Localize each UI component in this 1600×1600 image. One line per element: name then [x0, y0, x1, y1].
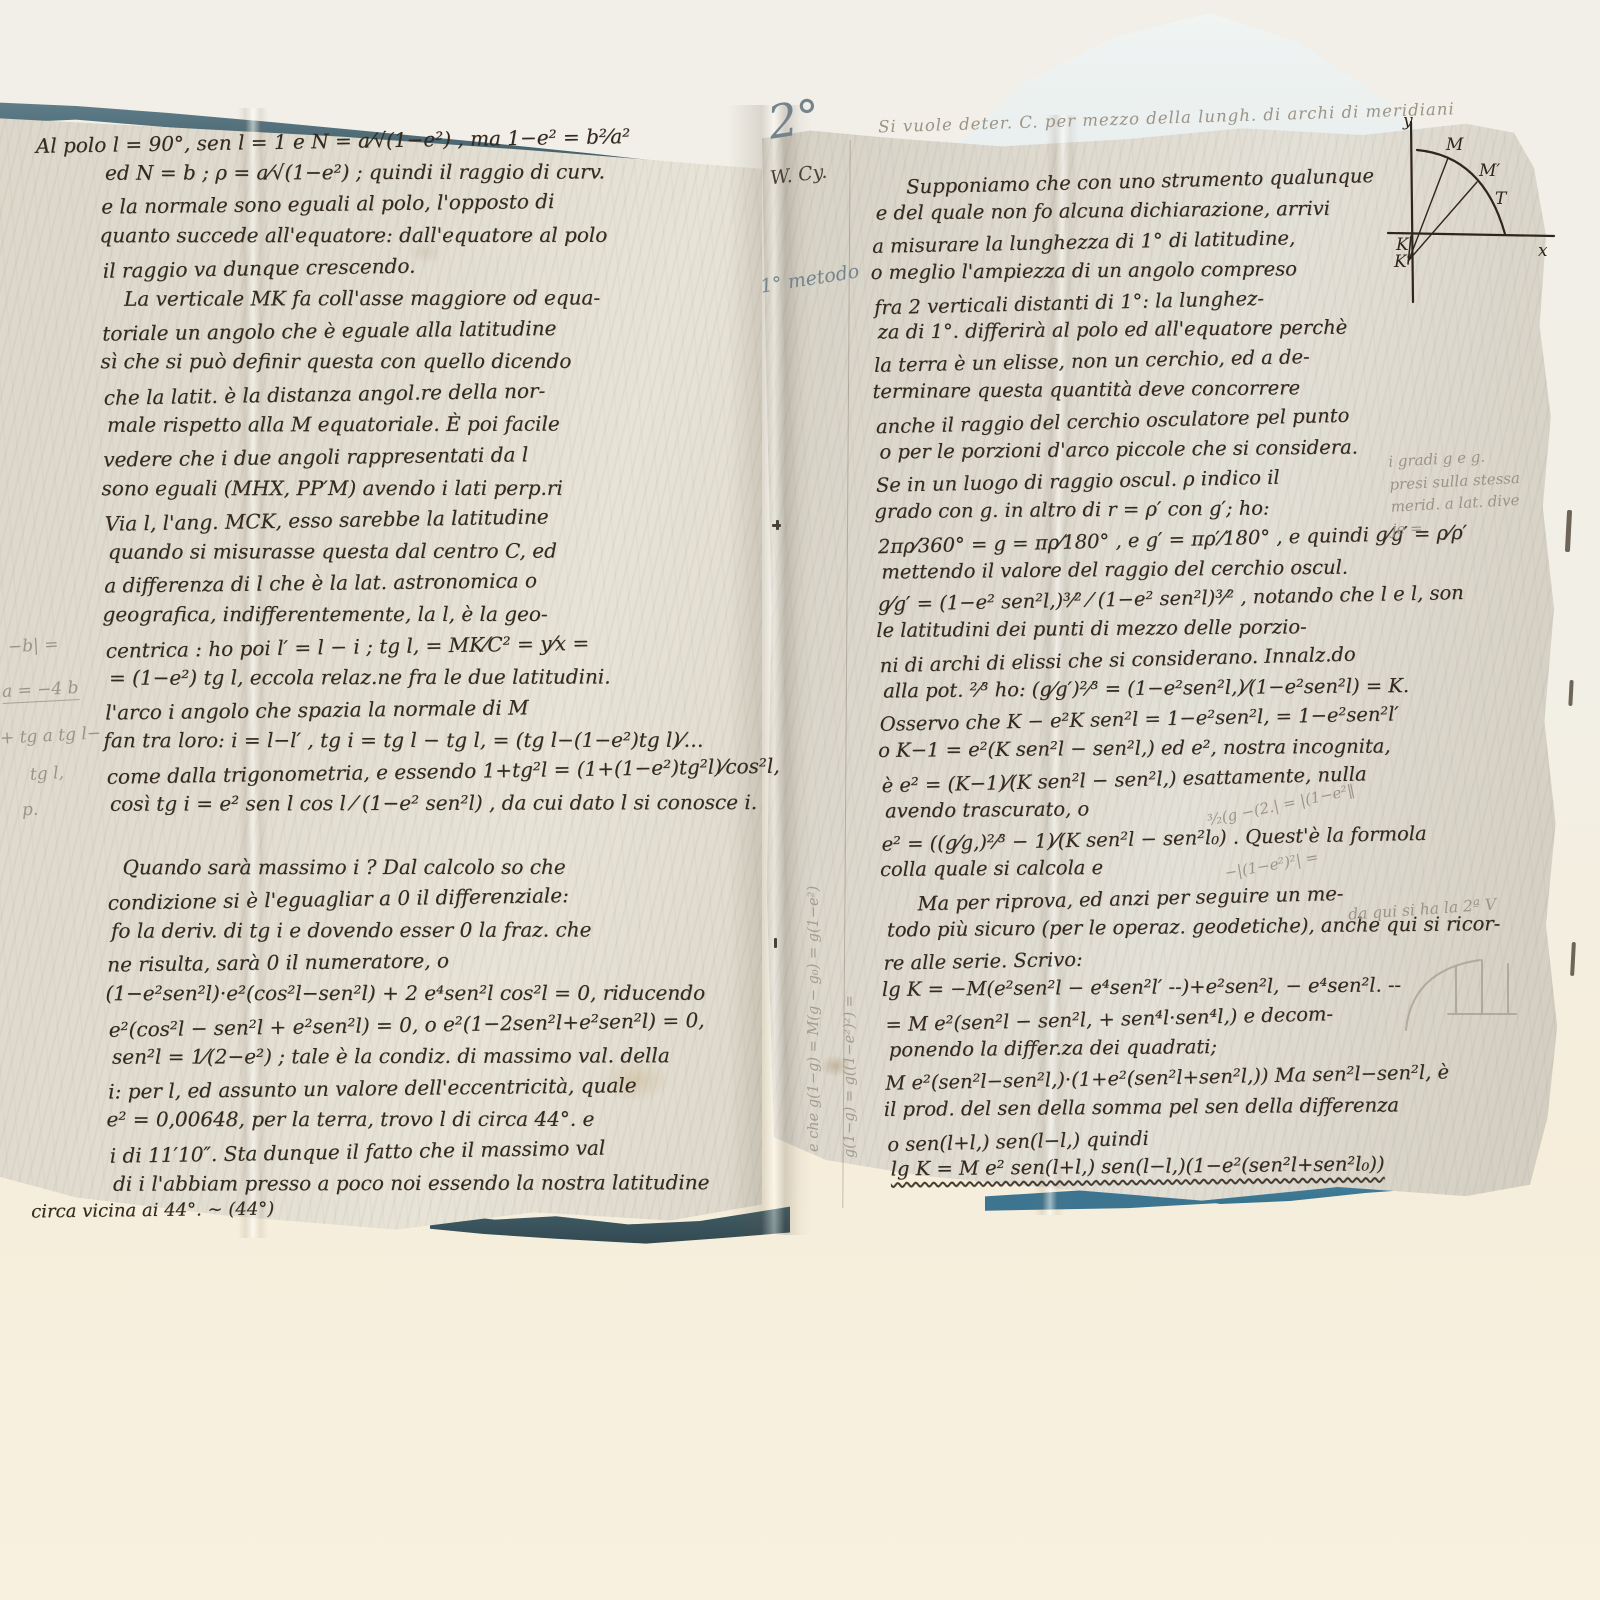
manuscript-line: = (1−e²) tg l, eccola relaz.ne fra le du… — [31, 664, 763, 698]
vertical-pencil-note: e che g(1−g) = M(g − g₀) = g(1−e²) — [806, 886, 822, 1152]
manuscript-line: ne risulta, sarà 0 il numeratore, o — [29, 945, 761, 986]
manuscript-photo: Al polo l = 90°, sen l = 1 e N = a⁄√(1−e… — [0, 0, 1600, 1600]
left-margin-pencil-note: a = −4 b — [2, 678, 79, 702]
manuscript-line — [28, 819, 760, 860]
diagram-label-M: M — [1445, 135, 1464, 155]
diagram-label-x: x — [1538, 241, 1548, 261]
manuscript-line: a differenza di l che è la lat. astronom… — [26, 566, 758, 607]
chord-to-M-prime — [1409, 182, 1477, 260]
right-margin-pencil-note: i gradi g e g. presi sulla stessa merid.… — [1388, 441, 1572, 540]
left-margin-pencil-note: −b| = — [8, 635, 59, 658]
diagram-label-M-prime: M′ — [1478, 161, 1500, 181]
manuscript-line: La verticale MK fa coll'asse maggiore od… — [28, 285, 760, 319]
diagram-label-K-prime: K′ — [1393, 252, 1411, 272]
underlined-pencil-text: a = −4 b — [2, 678, 80, 704]
torn-edge-mark — [1568, 680, 1573, 706]
chord-to-M — [1409, 158, 1448, 260]
diagram-label-T: T — [1495, 189, 1508, 209]
binding-stitch — [772, 524, 781, 527]
y-axis-line — [1411, 122, 1413, 302]
diagram-label-y: y — [1402, 111, 1413, 131]
vertical-pencil-note: g(1−g) = g((1−e²)²) = — [842, 995, 858, 1158]
torn-edge-mark — [1570, 942, 1576, 976]
pencil-sketch — [1398, 952, 1528, 1042]
geometry-diagram: y x M M′ T K K′ — [1378, 112, 1578, 322]
left-margin-pencil-note: p. — [21, 800, 38, 821]
sketch-arc — [1406, 960, 1480, 1030]
manuscript-line: l'arco i angolo che spazia la normale di… — [27, 692, 759, 733]
left-page-text: Al polo l = 90°, sen l = 1 e N = a⁄√(1−e… — [24, 125, 765, 1231]
manuscript-line: e la normale sono eguali al polo, l'oppo… — [23, 187, 755, 228]
manuscript-line: toriale un angolo che è eguale alla lati… — [24, 313, 756, 354]
manuscript-line: sen²l = 1⁄(2−e²) ; tale è la condiz. di … — [34, 1043, 766, 1077]
manuscript-line: vedere che i due angoli rappresentati da… — [25, 439, 757, 480]
left-margin-pencil-note: tg l, — [29, 763, 64, 785]
binding-stitch — [774, 938, 777, 948]
page-number-mark: 2° — [764, 88, 824, 150]
